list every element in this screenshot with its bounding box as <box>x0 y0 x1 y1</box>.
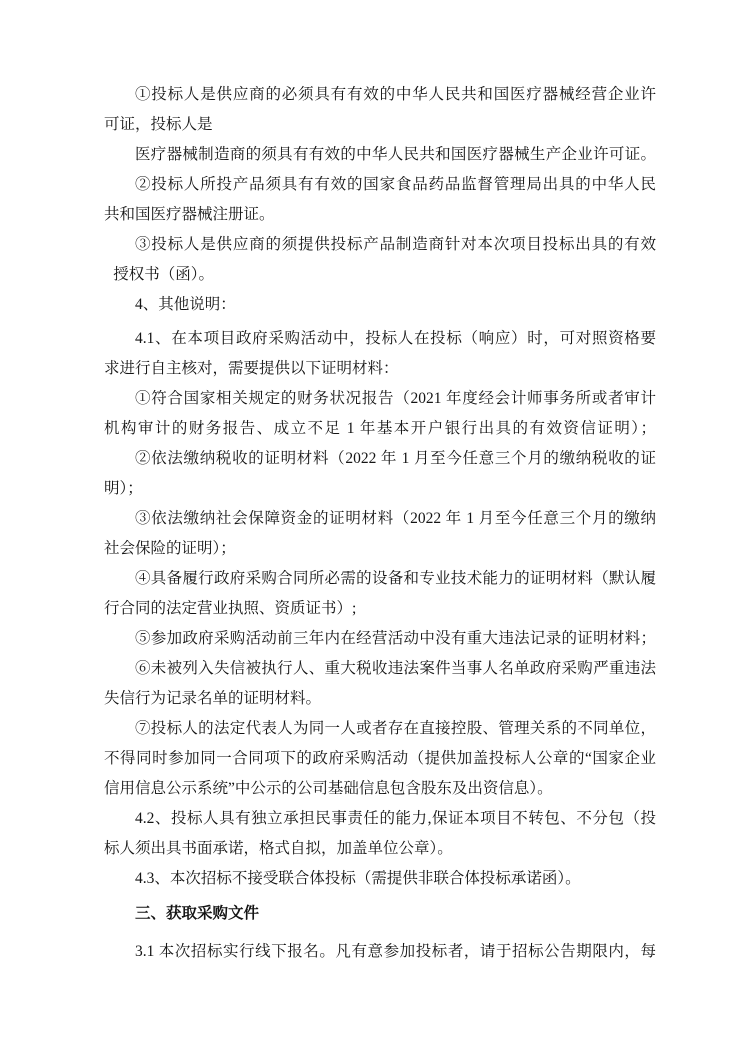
text-line: ②投标人所投产品须具有有效的国家食品药品监督管理局出具的中华人民 <box>104 170 656 200</box>
text-line: ⑤参加政府采购活动前三年内在经营活动中没有重大违法记录的证明材料； <box>104 624 656 654</box>
text-line: 社会保险的证明）； <box>104 534 656 564</box>
text-line: 机构审计的财务报告、成立不足 1 年基本开户银行出具的有效资信证明）； <box>104 414 656 444</box>
section-heading: 三、获取采购文件 <box>104 899 656 929</box>
text-line: 共和国医疗器械注册证。 <box>104 200 656 230</box>
text-line: ⑦投标人的法定代表人为同一人或者存在直接控股、管理关系的不同单位， <box>104 714 656 744</box>
text-line: ③依法缴纳社会保障资金的证明材料（2022 年 1 月至今任意三个月的缴纳 <box>104 504 656 534</box>
text-line: 明）； <box>104 474 656 504</box>
text-line: ③投标人是供应商的须提供投标产品制造商针对本次项目投标出具的有效 <box>104 230 656 260</box>
text-line: ①投标人是供应商的必须具有有效的中华人民共和国医疗器械经营企业许 <box>104 80 656 110</box>
text-line: 3.1 本次招标实行线下报名。凡有意参加投标者，请于招标公告期限内，每 <box>104 937 656 967</box>
text-line: 医疗器械制造商的须具有有效的中华人民共和国医疗器械生产企业许可证。 <box>104 140 656 170</box>
document-page: ①投标人是供应商的必须具有有效的中华人民共和国医疗器械经营企业许可证，投标人是医… <box>0 0 750 1060</box>
text-line: 不得同时参加同一合同项下的政府采购活动（提供加盖投标人公章的“国家企业 <box>104 744 656 774</box>
text-line: 行合同的法定营业执照、资质证书）; <box>104 594 656 624</box>
text-line: ①符合国家相关规定的财务状况报告（2021 年度经会计师事务所或者审计 <box>104 384 656 414</box>
document-text-body: ①投标人是供应商的必须具有有效的中华人民共和国医疗器械经营企业许可证，投标人是医… <box>104 80 656 967</box>
text-line: 授权书（函）。 <box>104 260 656 290</box>
text-line: 可证，投标人是 <box>104 110 656 140</box>
text-line: 4.3、本次招标不接受联合体投标（需提供非联合体投标承诺函）。 <box>104 864 656 894</box>
text-line: 信用信息公示系统”中公示的公司基础信息包含股东及出资信息）。 <box>104 774 656 804</box>
text-line: ⑥未被列入失信被执行人、重大税收违法案件当事人名单政府采购严重违法 <box>104 654 656 684</box>
text-line: 求进行自主核对，需要提供以下证明材料： <box>104 354 656 384</box>
text-line: 4、其他说明： <box>104 290 656 320</box>
text-line: 标人须出具书面承诺，格式自拟，加盖单位公章）。 <box>104 834 656 864</box>
text-line: 4.1、在本项目政府采购活动中，投标人在投标（响应）时，可对照资格要 <box>104 324 656 354</box>
text-line: 失信行为记录名单的证明材料。 <box>104 684 656 714</box>
text-line: ②依法缴纳税收的证明材料（2022 年 1 月至今任意三个月的缴纳税收的证 <box>104 444 656 474</box>
text-line: 4.2、投标人具有独立承担民事责任的能力,保证本项目不转包、不分包（投 <box>104 804 656 834</box>
text-line: ④具备履行政府采购合同所必需的设备和专业技术能力的证明材料（默认履 <box>104 564 656 594</box>
